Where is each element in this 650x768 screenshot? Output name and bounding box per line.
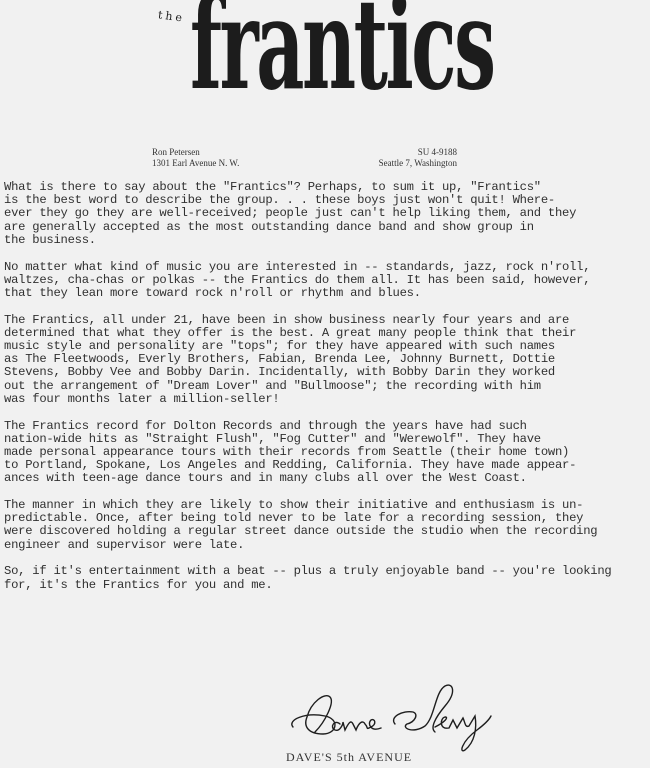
logo-article: the	[157, 8, 186, 25]
contact-block-left: Ron Petersen 1301 Earl Avenue N. W.	[152, 147, 239, 169]
handwritten-signature	[285, 672, 515, 752]
contact-address: 1301 Earl Avenue N. W.	[152, 158, 239, 169]
paragraph: The manner in which they are likely to s…	[4, 499, 644, 552]
letter-body: What is there to say about the "Frantics…	[4, 181, 644, 605]
band-logo: frantics	[190, 0, 493, 108]
paragraph: The Frantics record for Dolton Records a…	[4, 420, 644, 486]
letterhead: the frantics Ron Petersen 1301 Earl Aven…	[0, 0, 650, 180]
contact-block-right: SU 4-9188 Seattle 7, Washington	[340, 147, 457, 169]
signature-icon	[285, 672, 515, 752]
paragraph: What is there to say about the "Frantics…	[4, 181, 644, 247]
paragraph: So, if it's entertainment with a beat --…	[4, 565, 644, 591]
contact-phone: SU 4-9188	[340, 147, 457, 158]
contact-city: Seattle 7, Washington	[340, 158, 457, 169]
contact-name: Ron Petersen	[152, 147, 239, 158]
paragraph: The Frantics, all under 21, have been in…	[4, 314, 644, 406]
paragraph: No matter what kind of music you are int…	[4, 261, 644, 301]
signature-caption: DAVE'S 5th AVENUE	[286, 750, 412, 765]
